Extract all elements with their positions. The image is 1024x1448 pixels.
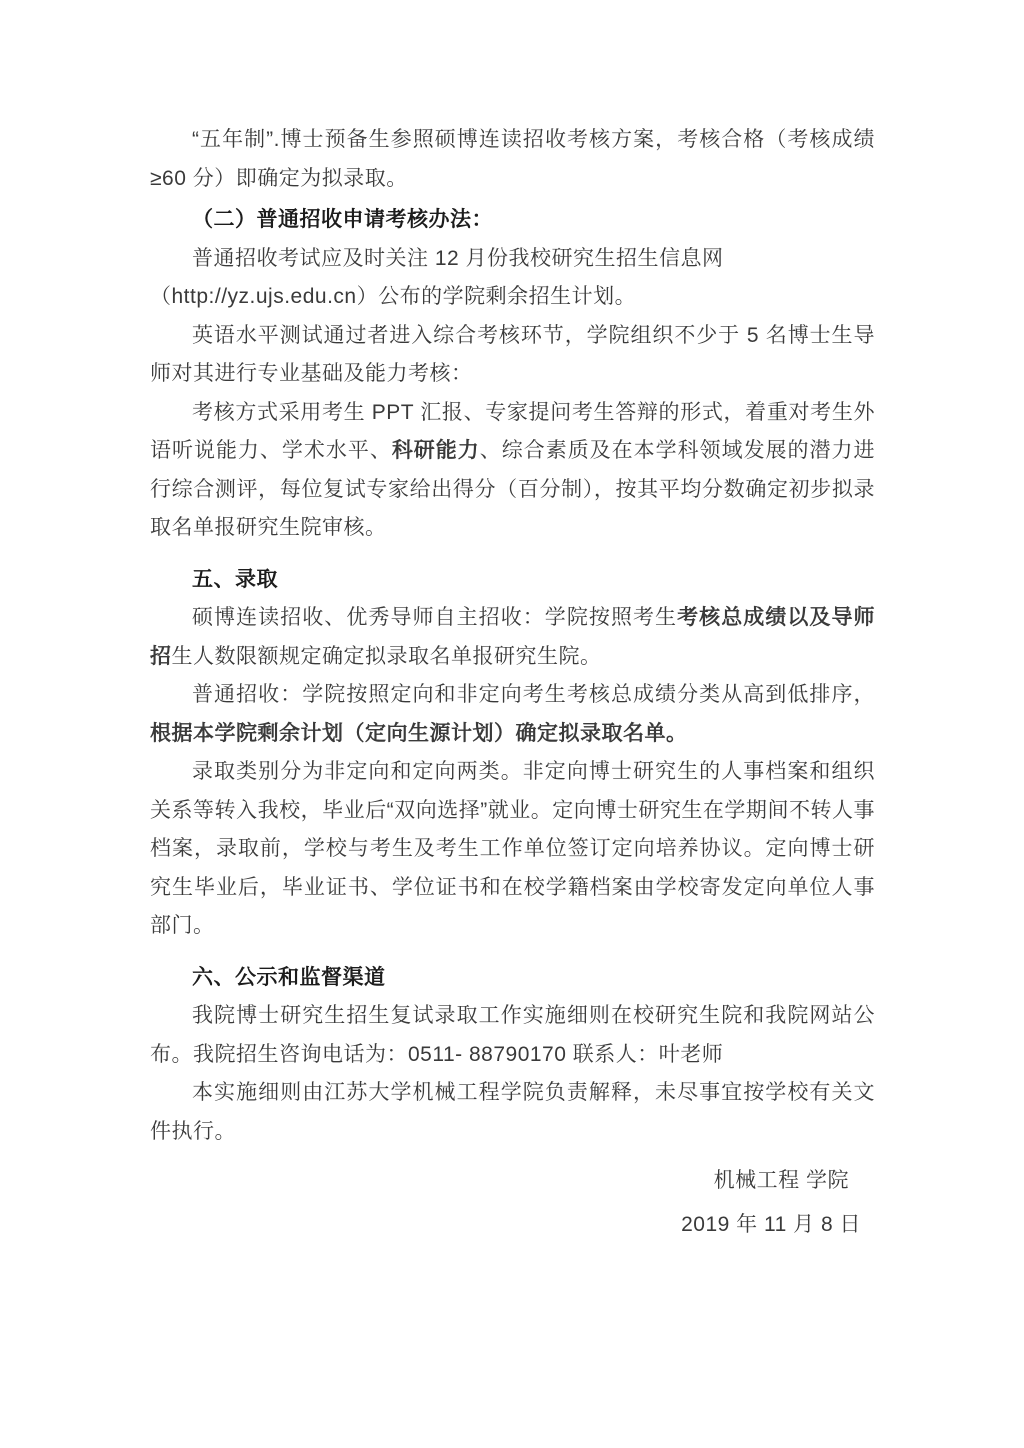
para-publicity-contact: 我院博士研究生招生复试录取工作实施细则在校研究生院和我院网站公布。我院招生咨询电…: [150, 997, 875, 1074]
text-run: 本实施细则由江苏大学机械工程学院负责解释，未尽事宜按学校有关文件执行。: [150, 1081, 875, 1143]
text-run: 五、录取: [192, 568, 278, 591]
text-run: （http://yz.ujs.edu.cn）公布的学院剩余招生计划。: [150, 285, 636, 308]
para-shuobo-admission: 硕博连读招收、优秀导师自主招收：学院按照考生考核总成绩以及导师招生人数限额规定确…: [150, 599, 875, 676]
text-run: 我院博士研究生招生复试录取工作实施细则在校研究生院和我院网站公布。我院招生咨询电…: [150, 1004, 875, 1066]
text-run: 机械工程 学院: [714, 1169, 849, 1192]
heading-section-2: （二）普通招收申请考核办法：: [150, 201, 875, 240]
document-page: “五年制”.博士预备生参照硕博连读招收考核方案，考核合格（考核成绩≥60 分）即…: [0, 0, 1024, 1448]
text-run: 录取类别分为非定向和定向两类。非定向博士研究生的人事档案和组织关系等转入我校，毕…: [150, 760, 875, 937]
para-general-admission-notice: 普通招收考试应及时关注 12 月份我校研究生招生信息网（http://yz.uj…: [150, 240, 875, 317]
bold-text-run: 科研能力: [392, 439, 480, 462]
text-run: 六、公示和监督渠道: [192, 966, 386, 989]
text-run: 2019 年 11 月 8 日: [681, 1213, 861, 1236]
text-run: （二）普通招收申请考核办法：: [192, 208, 493, 231]
para-admission-categories: 录取类别分为非定向和定向两类。非定向博士研究生的人事档案和组织关系等转入我校，毕…: [150, 753, 875, 946]
para-five-year-plan: “五年制”.博士预备生参照硕博连读招收考核方案，考核合格（考核成绩≥60 分）即…: [150, 121, 875, 198]
text-run: 普通招收：学院按照定向和非定向考生考核总成绩分类从高到低排序，: [192, 683, 875, 706]
para-interpretation: 本实施细则由江苏大学机械工程学院负责解释，未尽事宜按学校有关文件执行。: [150, 1074, 875, 1151]
text-run: 英语水平测试通过者进入综合考核环节，学院组织不少于 5 名博士生导师对其进行专业…: [150, 324, 875, 386]
text-run: “五年制”.博士预备生参照硕博连读招收考核方案，考核合格（考核成绩≥60 分）即…: [150, 128, 875, 190]
para-english-test: 英语水平测试通过者进入综合考核环节，学院组织不少于 5 名博士生导师对其进行专业…: [150, 317, 875, 394]
text-run: 硕博连读招收、优秀导师自主招收：学院按照考生: [192, 606, 677, 629]
signature-date: 2019 年 11 月 8 日: [150, 1203, 875, 1247]
signature-college: 机械工程 学院: [150, 1159, 875, 1203]
text-run: 生人数限额规定确定拟录取名单报研究生院。: [172, 645, 602, 668]
heading-section-5-admission: 五、录取: [150, 561, 875, 600]
para-general-admission-ranking: 普通招收：学院按照定向和非定向考生考核总成绩分类从高到低排序，根据本学院剩余计划…: [150, 676, 875, 753]
text-run: 普通招收考试应及时关注 12 月份我校研究生招生信息网: [192, 247, 724, 270]
heading-section-6-publicity: 六、公示和监督渠道: [150, 959, 875, 998]
para-assessment-method: 考核方式采用考生 PPT 汇报、专家提问考生答辩的形式，着重对考生外语听说能力、…: [150, 394, 875, 548]
bold-text-run: 根据本学院剩余计划（定向生源计划）确定拟录取名单。: [150, 722, 688, 745]
